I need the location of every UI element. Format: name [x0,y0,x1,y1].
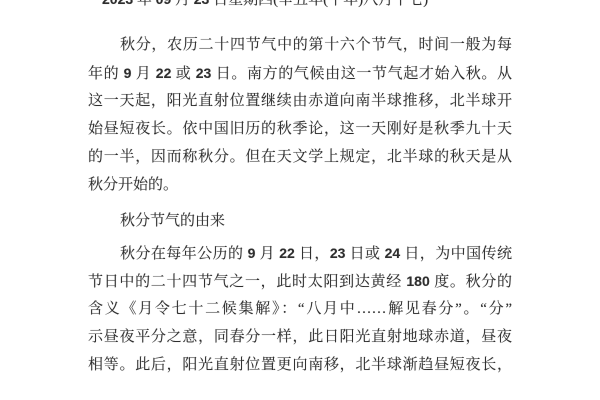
text-line: 秋分，农历二十四节气中的第十六个节气，时间一般为每 [88,31,512,59]
text-line: 年的 9 月 22 或 23 日。南方的气候由这一节气起才始入秋。从 [88,59,512,87]
text-line: 示昼夜平分之意，同春分一样，此日阳光直射地球赤道，昼夜 [88,323,512,351]
document-page: 2023 年 09 月 23 日星期四(辛丑年(牛年)八月十七) 秋分，农历二十… [88,0,512,379]
paragraph-origin: 秋分在每年公历的 9 月 22 日，23 日或 24 日，为中国传统 节日中的二… [88,239,512,379]
text-line: 节日中的二十四节气之一，此时太阳到达黄经 180 度。秋分的 [88,267,512,295]
text-line: 始昼短夜长。依中国旧历的秋季论，这一天刚好是秋季九十天 [88,115,512,143]
date-header: 2023 年 09 月 23 日星期四(辛丑年(牛年)八月十七) [88,0,512,13]
section-heading: 秋分节气的由来 [88,207,512,235]
text-line: 这一天起，阳光直射位置继续由赤道向南半球推移，北半球开 [88,87,512,115]
text-line: 含义《月令七十二候集解》：“八月中……解见春分”。“分” [88,295,512,323]
text-line: 秋分开始的。 [88,171,512,199]
paragraph-intro: 秋分，农历二十四节气中的第十六个节气，时间一般为每 年的 9 月 22 或 23… [88,31,512,199]
text-line: 相等。此后，阳光直射位置更向南移，北半球渐趋昼短夜长， [88,351,512,379]
text-line: 秋分在每年公历的 9 月 22 日，23 日或 24 日，为中国传统 [88,239,512,267]
text-line: 的一半，因而称秋分。但在天文学上规定，北半球的秋天是从 [88,143,512,171]
